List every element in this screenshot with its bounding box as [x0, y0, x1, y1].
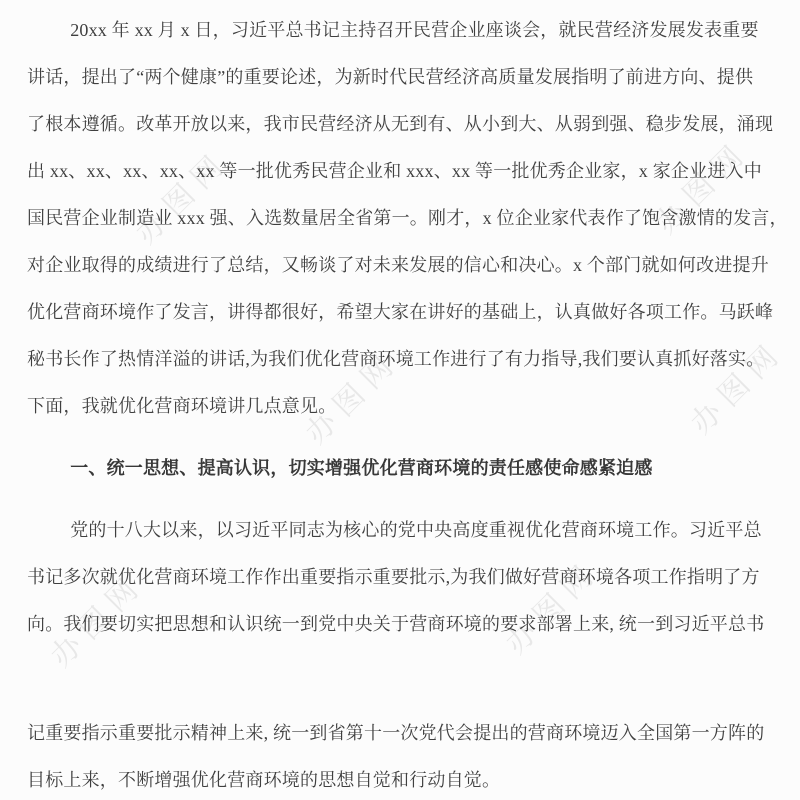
text-line: 秘书长作了热情洋溢的讲话,为我们优化营商环境工作进行了有力指导,我们要认真抓好落… — [27, 336, 780, 383]
paragraph-block: 党的十八大以来，以习近平同志为核心的党中央高度重视优化营商环境工作。习近平总书记… — [27, 507, 780, 648]
text-line: 目标上来，不断增强优化营商环境的思想自觉和行动自觉。 — [27, 757, 780, 800]
paragraph-block: 20xx 年 xx 月 x 日，习近平总书记主持召开民营企业座谈会，就民营经济发… — [27, 7, 780, 430]
document-text: 20xx 年 xx 月 x 日，习近平总书记主持召开民营企业座谈会，就民营经济发… — [27, 7, 780, 800]
paragraph-block: 记重要指示重要批示精神上来, 统一到省第十一次党代会提出的营商环境迈入全国第一方… — [27, 710, 780, 800]
text-line: 下面，我就优化营商环境讲几点意见。 — [27, 383, 780, 430]
text-line: 出 xx、xx、xx、xx、xx 等一批优秀民营企业和 xxx、xx 等一批优秀… — [27, 148, 780, 195]
text-line: 了根本遵循。改革开放以来，我市民营经济从无到有、从小到大、从弱到强、稳步发展，涌… — [27, 101, 780, 148]
text-line: 记重要指示重要批示精神上来, 统一到省第十一次党代会提出的营商环境迈入全国第一方… — [27, 710, 780, 757]
text-line: 国民营企业制造业 xxx 强、入选数量居全省第一。刚才，x 位企业家代表作了饱含… — [27, 195, 780, 242]
text-line: 党的十八大以来，以习近平同志为核心的党中央高度重视优化营商环境工作。习近平总 — [27, 507, 780, 554]
text-line: 讲话，提出了“两个健康”的重要论述，为新时代民营经济高质量发展指明了前进方向、提… — [27, 54, 780, 101]
text-line: 书记多次就优化营商环境工作作出重要指示重要批示,为我们做好营商环境各项工作指明了… — [27, 554, 780, 601]
text-line: 对企业取得的成绩进行了总结，又畅谈了对未来发展的信心和决心。x 个部门就如何改进… — [27, 242, 780, 289]
document-page: 办图网办图网办图网办图网办图网办图网 20xx 年 xx 月 x 日，习近平总书… — [0, 0, 800, 800]
section-heading-block: 一、统一思想、提高认识，切实增强优化营商环境的责任感使命感紧迫感 — [27, 445, 780, 492]
section-heading: 一、统一思想、提高认识，切实增强优化营商环境的责任感使命感紧迫感 — [27, 445, 780, 492]
text-line: 向。我们要切实把思想和认识统一到党中央关于营商环境的要求部署上来, 统一到习近平… — [27, 601, 780, 648]
text-line: 优化营商环境作了发言，讲得都很好，希望大家在讲好的基础上，认真做好各项工作。马跃… — [27, 289, 780, 336]
text-line: 20xx 年 xx 月 x 日，习近平总书记主持召开民营企业座谈会，就民营经济发… — [27, 7, 780, 54]
